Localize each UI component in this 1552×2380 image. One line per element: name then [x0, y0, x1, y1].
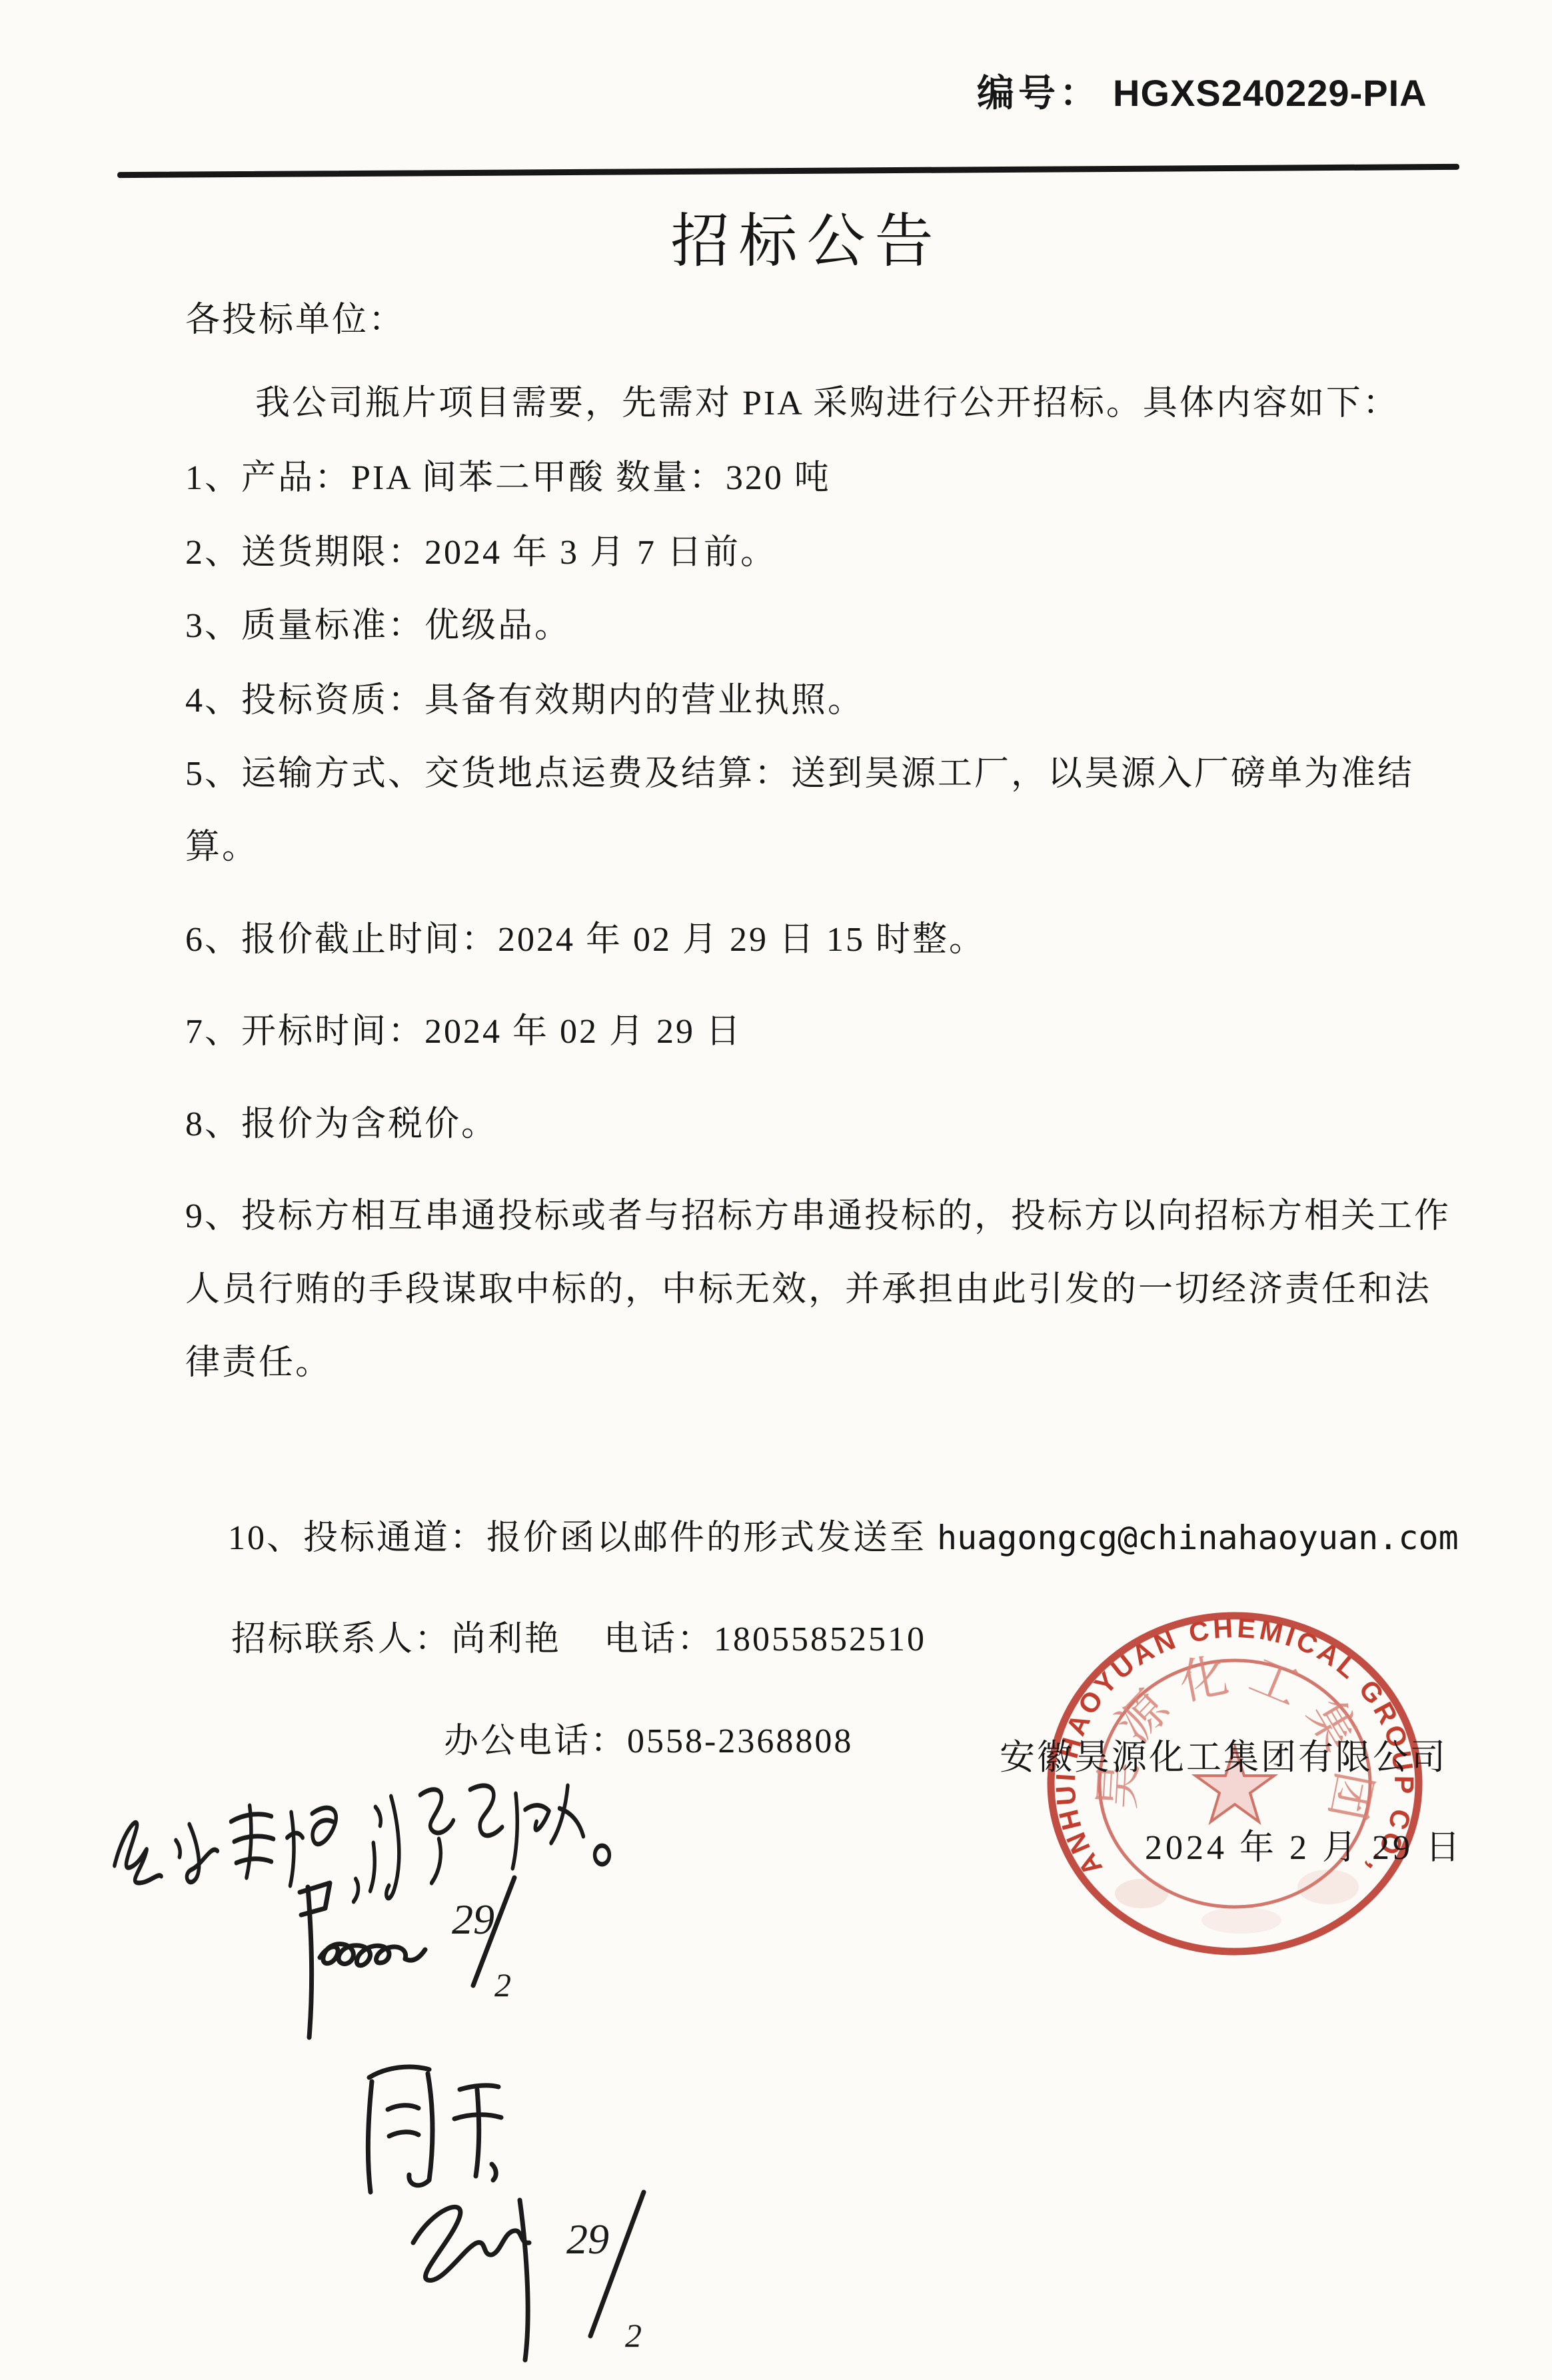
seal-ink-blot: [1201, 1907, 1281, 1934]
doc-number-label: 编号：: [977, 72, 1101, 114]
document-page: 编号：HGXS240229-PIA 招标公告 各投标单位： 我公司瓶片项目需要，…: [0, 0, 1552, 2380]
handwritten-signature-2: 29 2: [413, 2192, 644, 2360]
doc-number-row: 编号：HGXS240229-PIA: [977, 64, 1427, 117]
bid-email: huagongcg@chinahaoyuan.com: [937, 1518, 1459, 1557]
intro-paragraph: 我公司瓶片项目需要，先需对 PIA 采购进行公开招标。具体内容如下：: [255, 367, 1428, 440]
signature-date: 2024 年 2 月 29 日: [1145, 1812, 1463, 1885]
list-item-2: 2、送货期限：2024 年 3 月 7 日前。: [185, 516, 777, 590]
list-item-1: 1、产品：PIA 间苯二甲酸 数量：320 吨: [185, 442, 831, 515]
doc-number-value: HGXS240229-PIA: [1113, 72, 1427, 114]
signature-2-date-numerator: 29: [566, 2215, 609, 2263]
list-item-9: 9、投标方相互串通投标或者与招标方串通投标的，投标方以向招标方相关工作 人员行贿…: [185, 1180, 1485, 1400]
list-item-8: 8、报价为含税价。: [185, 1088, 498, 1161]
list-item-7: 7、开标时间：2024 年 02 月 29 日: [185, 995, 742, 1069]
office-phone-label: 办公电话：: [444, 1722, 627, 1760]
handwritten-approval: [368, 2067, 501, 2192]
list-item-4: 4、投标资质：具备有效期内的营业执照。: [185, 664, 864, 738]
signature-1-date-numerator: 29: [452, 1896, 494, 1943]
salutation: 各投标单位：: [185, 284, 405, 357]
handwritten-note: [115, 1786, 610, 1902]
list-item-3: 3、质量标准：优级品。: [185, 590, 571, 663]
page-title: 招标公告: [31, 195, 1552, 279]
list-item-6: 6、报价截止时间：2024 年 02 月 29 日 15 时整。: [185, 903, 986, 977]
handwritten-annotations: 29 2 29 2: [100, 1766, 806, 2379]
office-phone-number: 0558-2368808: [627, 1722, 853, 1760]
list-item-5: 5、运输方式、交货地点运费及结算：送到昊源工厂，以昊源入厂磅单为准结 算。: [185, 738, 1478, 884]
handwritten-signature-1: 29 2: [300, 1878, 514, 2038]
signature-1-date-denominator: 2: [494, 1966, 511, 2004]
header-rule: [117, 164, 1459, 178]
signature-2-date-denominator: 2: [625, 2317, 642, 2354]
company-name: 安徽昊源化工集团有限公司: [1000, 1721, 1447, 1794]
